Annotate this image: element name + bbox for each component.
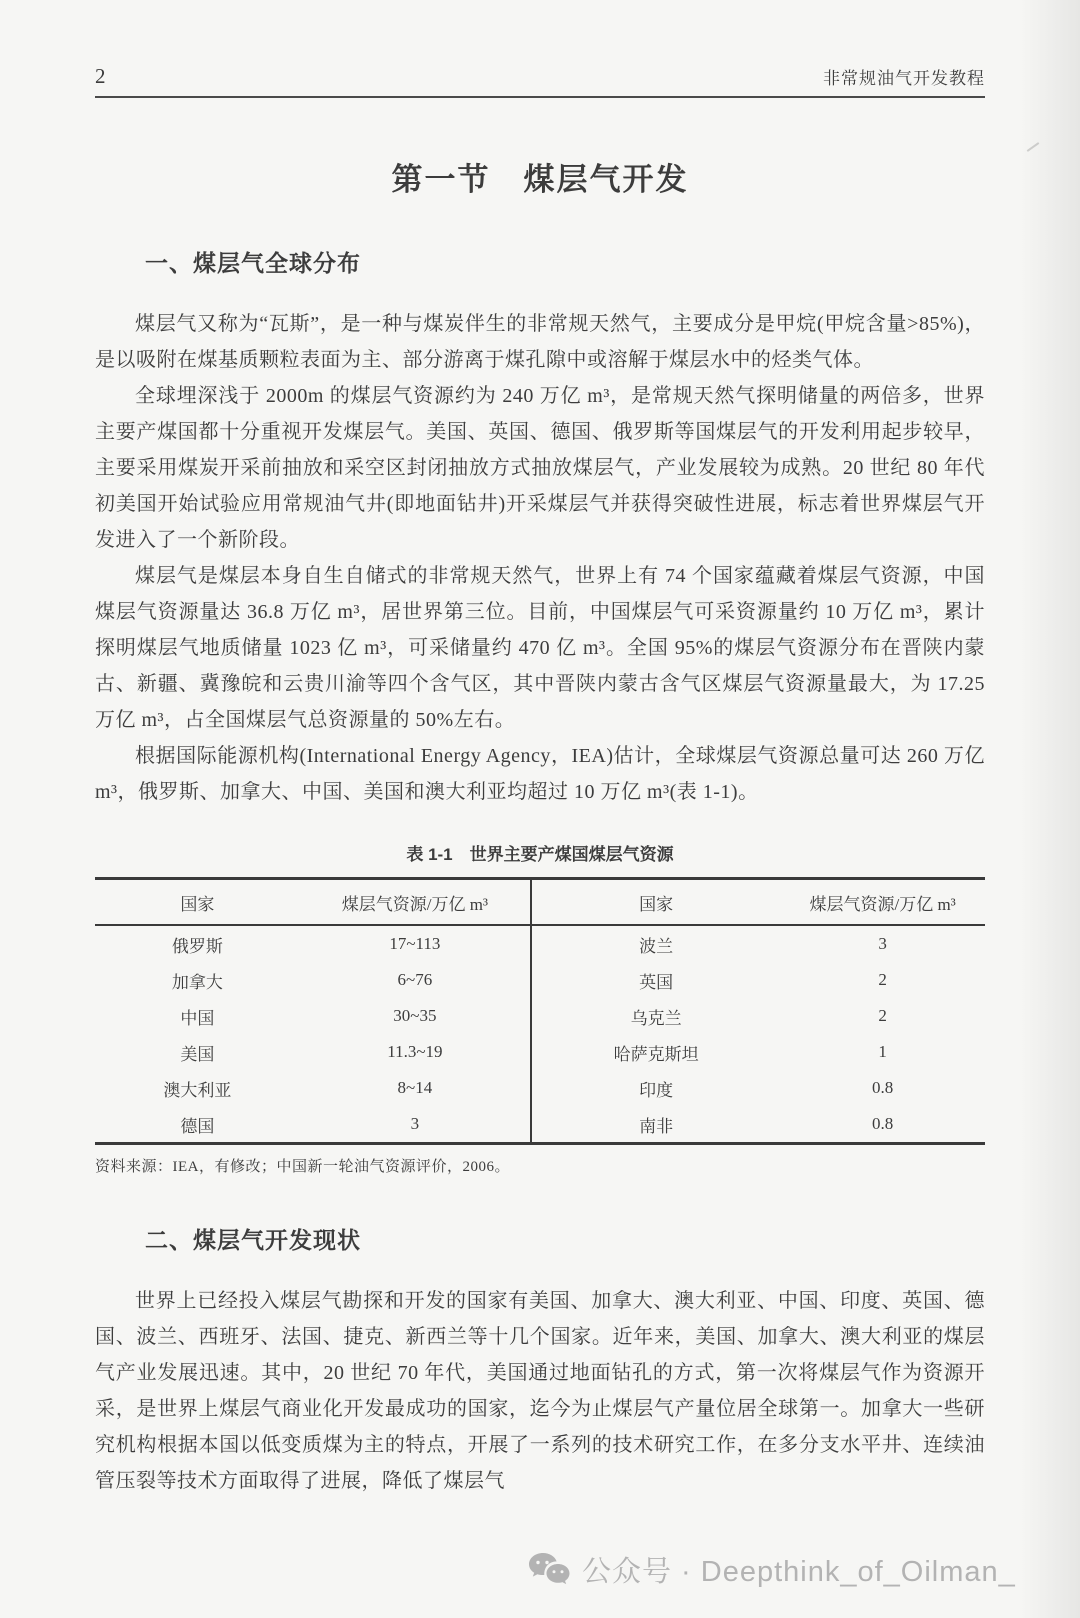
col-header-country-right: 国家 <box>531 879 780 926</box>
table-row: 中国 30~35 乌克兰 2 <box>95 998 985 1034</box>
section-heading-1: 一、煤层气全球分布 <box>145 245 985 278</box>
table-caption: 表 1-1 世界主要产煤国煤层气资源 <box>95 840 985 865</box>
cell-country: 南非 <box>531 1106 780 1144</box>
running-title: 非常规油气开发教程 <box>823 64 985 89</box>
cell-country: 澳大利亚 <box>95 1070 300 1106</box>
col-header-country-left: 国家 <box>95 879 300 926</box>
cell-country: 德国 <box>95 1106 300 1144</box>
section-2-body: 世界上已经投入煤层气勘探和开发的国家有美国、加拿大、澳大利亚、中国、印度、英国、… <box>95 1283 985 1499</box>
cell-resource: 30~35 <box>300 998 531 1034</box>
cell-resource: 6~76 <box>300 962 531 998</box>
page-number: 2 <box>95 64 106 89</box>
table-row: 加拿大 6~76 英国 2 <box>95 962 985 998</box>
cell-country: 印度 <box>531 1070 780 1106</box>
cell-country: 哈萨克斯坦 <box>531 1034 780 1070</box>
table-source-note: 资料来源：IEA，有修改；中国新一轮油气资源评价，2006。 <box>95 1155 985 1176</box>
cbm-resources-table: 国家 煤层气资源/万亿 m³ 国家 煤层气资源/万亿 m³ 俄罗斯 17~113… <box>95 877 985 1145</box>
book-page: 2 非常规油气开发教程 第一节 煤层气开发 一、煤层气全球分布 煤层气又称为“瓦… <box>0 0 1080 1499</box>
cell-resource: 0.8 <box>780 1070 985 1106</box>
table-row: 德国 3 南非 0.8 <box>95 1106 985 1144</box>
paragraph: 全球埋深浅于 2000m 的煤层气资源约为 240 万亿 m³，是常规天然气探明… <box>95 378 985 558</box>
cell-country: 美国 <box>95 1034 300 1070</box>
cell-resource: 3 <box>300 1106 531 1144</box>
cell-country: 中国 <box>95 998 300 1034</box>
cell-resource: 1 <box>780 1034 985 1070</box>
cell-country: 俄罗斯 <box>95 925 300 962</box>
col-header-resource-right: 煤层气资源/万亿 m³ <box>780 879 985 926</box>
running-header: 2 非常规油气开发教程 <box>95 64 985 98</box>
wechat-icon <box>528 1552 570 1588</box>
paragraph: 煤层气是煤层本身自生自储式的非常规天然气，世界上有 74 个国家蕴藏着煤层气资源… <box>95 558 985 738</box>
chapter-title: 第一节 煤层气开发 <box>95 154 985 199</box>
cell-country: 波兰 <box>531 925 780 962</box>
cell-resource: 11.3~19 <box>300 1034 531 1070</box>
paragraph: 根据国际能源机构(International Energy Agency，IEA… <box>95 738 985 810</box>
cell-country: 乌克兰 <box>531 998 780 1034</box>
col-header-resource-left: 煤层气资源/万亿 m³ <box>300 879 531 926</box>
cell-resource: 2 <box>780 998 985 1034</box>
table-row: 澳大利亚 8~14 印度 0.8 <box>95 1070 985 1106</box>
watermark-text: 公众号 · Deepthink_of_Oilman_ <box>582 1549 1016 1590</box>
cell-resource: 0.8 <box>780 1106 985 1144</box>
table-header-row: 国家 煤层气资源/万亿 m³ 国家 煤层气资源/万亿 m³ <box>95 879 985 926</box>
cell-resource: 17~113 <box>300 925 531 962</box>
section-1-body: 煤层气又称为“瓦斯”，是一种与煤炭伴生的非常规天然气，主要成分是甲烷(甲烷含量>… <box>95 306 985 810</box>
section-heading-2: 二、煤层气开发现状 <box>145 1222 985 1255</box>
paragraph: 世界上已经投入煤层气勘探和开发的国家有美国、加拿大、澳大利亚、中国、印度、英国、… <box>95 1283 985 1499</box>
table-row: 美国 11.3~19 哈萨克斯坦 1 <box>95 1034 985 1070</box>
cell-country: 英国 <box>531 962 780 998</box>
cell-resource: 2 <box>780 962 985 998</box>
paragraph: 煤层气又称为“瓦斯”，是一种与煤炭伴生的非常规天然气，主要成分是甲烷(甲烷含量>… <box>95 306 985 378</box>
watermark: 公众号 · Deepthink_of_Oilman_ <box>528 1549 1016 1590</box>
table-row: 俄罗斯 17~113 波兰 3 <box>95 925 985 962</box>
cell-country: 加拿大 <box>95 962 300 998</box>
cell-resource: 8~14 <box>300 1070 531 1106</box>
cell-resource: 3 <box>780 925 985 962</box>
